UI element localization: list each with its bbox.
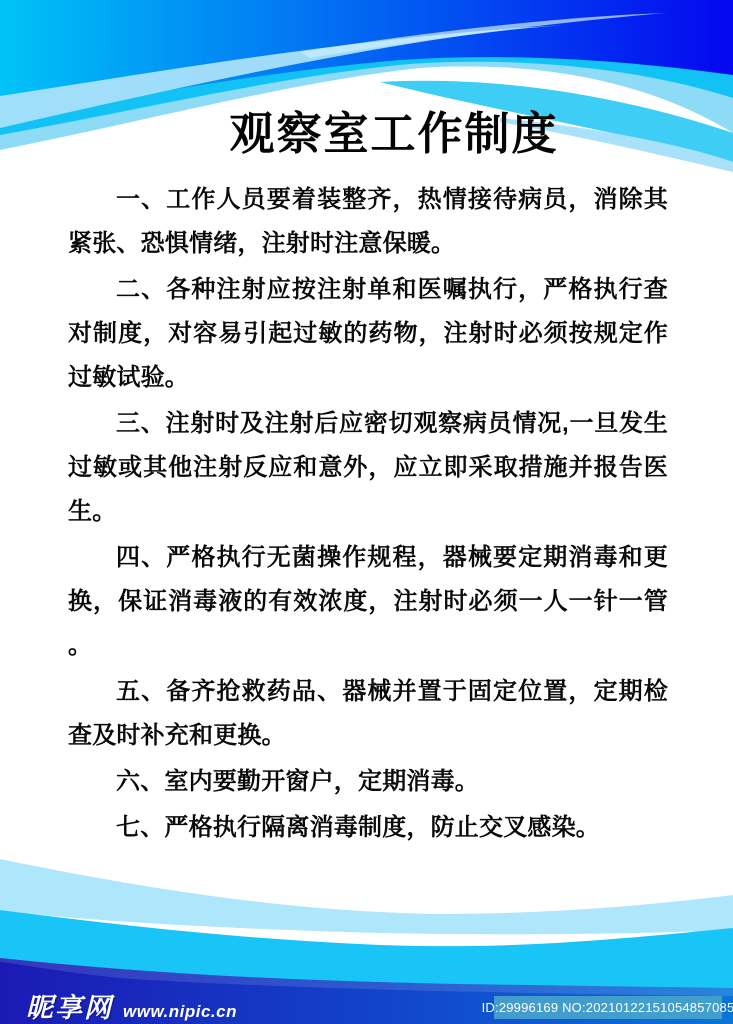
poster-page: 观察室工作制度 一、工作人员要着装整齐，热情接待病员，消除其紧张、恐惧情绪，注射… <box>0 0 733 1024</box>
rule-item: 二、各种注射应按注射单和医嘱执行，严格执行查对制度，对容易引起过敏的药物，注射时… <box>68 268 668 400</box>
page-title: 观察室工作制度 <box>94 110 694 158</box>
rules-list: 一、工作人员要着装整齐，热情接待病员，消除其紧张、恐惧情绪，注射时注意保暖。二、… <box>68 178 668 850</box>
rule-item: 五、备齐抢救药品、器械并置于固定位置，定期检查及时补充和更换。 <box>68 670 668 758</box>
site-url: www.nipic.cn <box>123 1002 237 1022</box>
footer-band-light <box>0 859 733 934</box>
footer-bar-content: 昵享网 www.nipic.cn ID:29996169 NO:20210122… <box>0 962 733 1024</box>
rule-item: 七、严格执行隔离消毒制度，防止交叉感染。 <box>68 806 668 850</box>
rule-item: 三、注射时及注射后应密切观察病员情况,一旦发生过敏或其他注射反应和意外，应立即采… <box>68 402 668 534</box>
poster-content: 观察室工作制度 一、工作人员要着装整齐，热情接待病员，消除其紧张、恐惧情绪，注射… <box>68 110 668 852</box>
rule-item: 六、室内要勤开窗户，定期消毒。 <box>68 760 668 804</box>
rule-item: 一、工作人员要着装整齐，热情接待病员，消除其紧张、恐惧情绪，注射时注意保暖。 <box>68 178 668 266</box>
watermark-id-box: ID:29996169 NO:20210122151054857085 <box>494 996 722 1019</box>
site-name: 昵享网 <box>26 986 113 1024</box>
rule-item: 四、严格执行无菌操作规程，器械要定期消毒和更换，保证消毒液的有效浓度，注射时必须… <box>68 536 668 668</box>
nipic-logo: 昵享网 www.nipic.cn <box>26 986 237 1024</box>
